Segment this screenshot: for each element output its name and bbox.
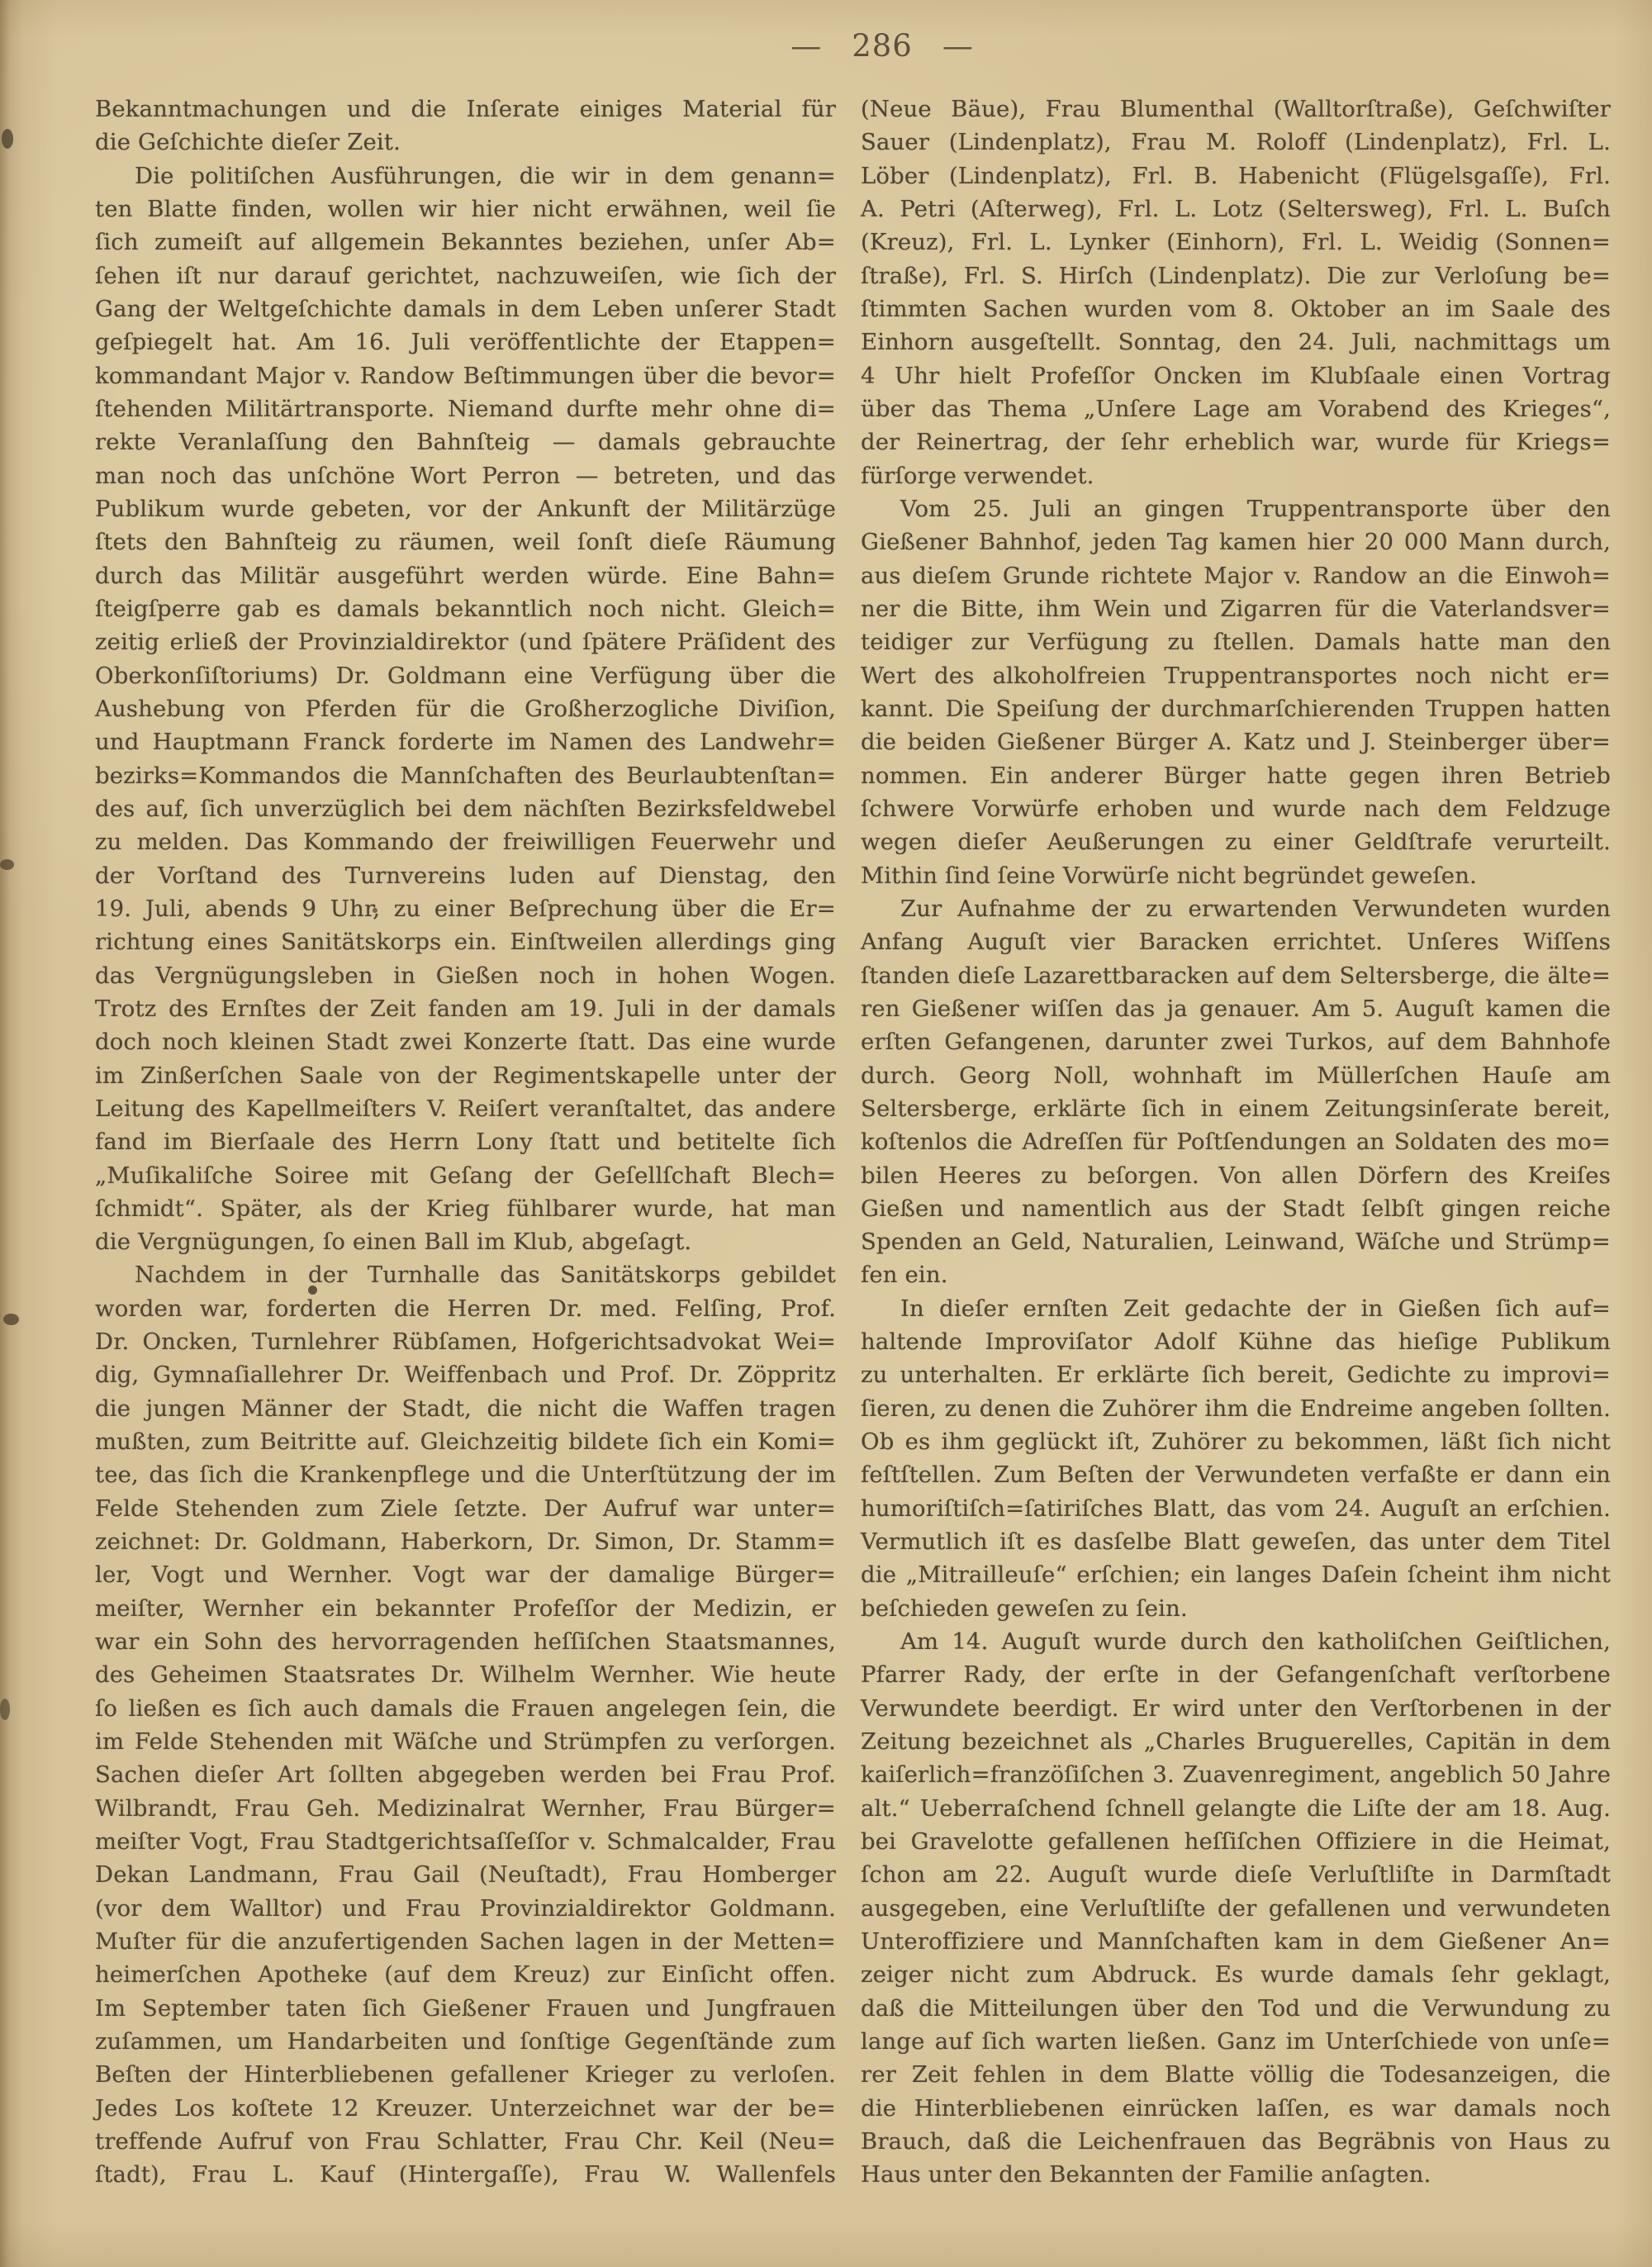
text-line: die jungen Männer der Stadt, die nicht d… bbox=[95, 1392, 836, 1425]
text-line: Haus unter den Bekannten der Familie anſ… bbox=[861, 2158, 1611, 2191]
text-line: ner die Bitte, ihm Wein und Zigarren für… bbox=[861, 592, 1611, 625]
scanned-page: — 286 — Bekanntmachungen und die Inſerat… bbox=[0, 0, 1652, 2267]
text-line: Oberkonſiſtoriums) Dr. Goldmann eine Ver… bbox=[95, 659, 836, 692]
text-line: daß die Mitteilungen über den Tod und di… bbox=[861, 1992, 1611, 2025]
text-line: koſtenlos die Adreſſen für Poſtſendungen… bbox=[861, 1125, 1611, 1158]
text-line: Vom 25. Juli an gingen Truppentransporte… bbox=[861, 492, 1611, 525]
text-line: ſieren, zu denen die Zuhörer ihm die End… bbox=[861, 1392, 1611, 1425]
text-line: zu unterhalten. Er erklärte ſich bereit,… bbox=[861, 1358, 1611, 1391]
text-line: die Hinterbliebenen einrücken laſſen, es… bbox=[861, 2092, 1611, 2125]
ink-speck bbox=[0, 1699, 10, 1720]
text-line: kaiſerlich=franzöſiſchen 3. Zuavenregime… bbox=[861, 1758, 1611, 1791]
text-line: Einhorn ausgeſtellt. Sonntag, den 24. Ju… bbox=[861, 326, 1611, 359]
text-line: lange auf ſich warten ließen. Ganz im Un… bbox=[861, 2025, 1611, 2058]
text-line: durch. Georg Noll, wohnhaft im Müllerſch… bbox=[861, 1059, 1611, 1092]
text-line: bezirks=Kommandos die Mannſchaften des B… bbox=[95, 759, 836, 792]
text-line: die „Mitrailleuſe“ erſchien; ein langes … bbox=[861, 1558, 1611, 1591]
text-line: nommen. Ein anderer Bürger hatte gegen i… bbox=[861, 759, 1611, 792]
ink-speck bbox=[2, 129, 13, 149]
text-line: ſehen iſt nur darauf gerichtet, nachzuwe… bbox=[95, 259, 836, 292]
text-line: zeiger nicht zum Abdruck. Es wurde damal… bbox=[861, 1958, 1611, 1991]
text-line: Vermutlich iſt es dasſelbe Blatt geweſen… bbox=[861, 1525, 1611, 1558]
text-line: bilen Heeres zu beſorgen. Von allen Dörf… bbox=[861, 1159, 1611, 1192]
text-line: haltende Improviſator Adolf Kühne das hi… bbox=[861, 1325, 1611, 1358]
text-line: ſteigſperre gab es damals bekanntlich no… bbox=[95, 592, 836, 625]
text-line: erſten Gefangenen, darunter zwei Turkos,… bbox=[861, 1025, 1611, 1058]
text-line: doch noch kleinen Stadt zwei Konzerte ſt… bbox=[95, 1025, 836, 1058]
text-line: das Vergnügungsleben in Gießen noch in h… bbox=[95, 959, 836, 992]
text-line: Spenden an Geld, Naturalien, Leinwand, W… bbox=[861, 1225, 1611, 1258]
text-line: ſtehenden Militärtransporte. Niemand dur… bbox=[95, 392, 836, 425]
text-line: 4 Uhr hielt Profeſſor Oncken im Klubſaal… bbox=[861, 359, 1611, 392]
text-line: fand im Bierſaale des Herrn Lony ſtatt u… bbox=[95, 1125, 836, 1158]
text-line: ten Blatte finden, wollen wir hier nicht… bbox=[95, 192, 836, 226]
text-line: Zur Aufnahme der zu erwartenden Verwunde… bbox=[861, 892, 1611, 925]
text-line: ſtadt), Frau L. Kauf (Hintergaſſe), Frau… bbox=[95, 2158, 836, 2191]
text-line: Jedes Los koſtete 12 Kreuzer. Unterzeich… bbox=[95, 2092, 836, 2125]
text-line: war ein Sohn des hervorragenden heſſiſch… bbox=[95, 1625, 836, 1658]
text-line: man noch das unſchöne Wort Perron — betr… bbox=[95, 459, 836, 492]
text-line: rekte Veranlaſſung den Bahnſteig — damal… bbox=[95, 425, 836, 459]
text-line: wegen dieſer Aeußerungen zu einer Geldſt… bbox=[861, 825, 1611, 858]
text-line: Nachdem in der Turnhalle das Sanitätskor… bbox=[95, 1258, 836, 1291]
text-line: Dr. Oncken, Turnlehrer Rübſamen, Hofgeri… bbox=[95, 1325, 836, 1358]
text-line: mußten, zum Beitritte auf. Gleichzeitig … bbox=[95, 1425, 836, 1458]
text-line: worden war, forderten die Herren Dr. med… bbox=[95, 1292, 836, 1325]
text-line: Anfang Auguſt vier Baracken errichtet. U… bbox=[861, 925, 1611, 958]
text-line: In dieſer ernſten Zeit gedachte der in G… bbox=[861, 1292, 1611, 1325]
ink-speck bbox=[373, 908, 377, 913]
text-line: Löber (Lindenplatz), Frl. B. Habenicht (… bbox=[861, 159, 1611, 192]
text-line: kannt. Die Speiſung der durchmarſchieren… bbox=[861, 692, 1611, 725]
text-line: ausgegeben, eine Verluſtliſte der gefall… bbox=[861, 1892, 1611, 1925]
text-line: richtung eines Sanitätskorps ein. Einſtw… bbox=[95, 925, 836, 958]
text-line: Ob es ihm geglückt iſt, Zuhörer zu bekom… bbox=[861, 1425, 1611, 1458]
text-line: die Geſchichte dieſer Zeit. bbox=[95, 126, 836, 159]
text-line: ſtraße), Frl. S. Hirſch (Lindenplatz). D… bbox=[861, 259, 1611, 292]
text-line: zeichnet: Dr. Goldmann, Haberkorn, Dr. S… bbox=[95, 1525, 836, 1558]
text-line: beſchieden geweſen zu ſein. bbox=[861, 1592, 1611, 1625]
text-line: heimerſchen Apotheke (auf dem Kreuz) zur… bbox=[95, 1958, 836, 1991]
ink-speck bbox=[308, 1286, 317, 1295]
text-line: Mithin ſind ſeine Vorwürſe nicht begründ… bbox=[861, 859, 1611, 892]
text-line: Im September taten ſich Gießener Frauen … bbox=[95, 1992, 836, 2025]
text-line: durch das Militär ausgeführt werden würd… bbox=[95, 559, 836, 592]
text-line: Dekan Landmann, Frau Gail (Neuſtadt), Fr… bbox=[95, 1858, 836, 1891]
text-line: Aushebung von Pferden für die Großherzog… bbox=[95, 692, 836, 725]
text-line: und Hauptmann Franck forderte im Namen d… bbox=[95, 725, 836, 758]
text-line: bei Gravelotte gefallenen heſſiſchen Off… bbox=[861, 1825, 1611, 1858]
text-line: Bekanntmachungen und die Inſerate einige… bbox=[95, 93, 836, 126]
text-line: 19. Juli, abends 9 Uhr, zu einer Beſprec… bbox=[95, 892, 836, 925]
text-line: Gießener Bahnhof, jeden Tag kamen hier 2… bbox=[861, 525, 1611, 558]
text-line: zeitig erließ der Provinzialdirektor (un… bbox=[95, 625, 836, 658]
text-line: tee, das ſich die Krankenpflege und die … bbox=[95, 1458, 836, 1491]
text-line: feſtſtellen. Zum Beſten der Verwundeten … bbox=[861, 1458, 1611, 1491]
left-column: Bekanntmachungen und die Inſerate einige… bbox=[95, 93, 836, 2192]
text-line: Wert des alkoholfreien Truppentransporte… bbox=[861, 659, 1611, 692]
text-line: Seltersberge, erklärte ſich in einem Zei… bbox=[861, 1092, 1611, 1125]
text-line: Am 14. Auguſt wurde durch den katholiſch… bbox=[861, 1625, 1611, 1658]
header-dash-left: — bbox=[790, 28, 822, 64]
text-line: A. Petri (Aſterweg), Frl. L. Lotz (Selte… bbox=[861, 192, 1611, 226]
text-line: fen ein. bbox=[861, 1258, 1611, 1291]
text-line: „Muſikaliſche Soiree mit Geſang der Geſe… bbox=[95, 1159, 836, 1192]
text-line: rer Zeit fehlen in dem Blatte völlig die… bbox=[861, 2058, 1611, 2091]
text-line: im Felde Stehenden mit Wäſche und Strümp… bbox=[95, 1725, 836, 1758]
text-line: meiſter, Wernher ein bekannter Profeſſor… bbox=[95, 1592, 836, 1625]
text-line: Beſten der Hinterbliebenen gefallener Kr… bbox=[95, 2058, 836, 2091]
text-line: ſchon am 22. Auguſt wurde dieſe Verluſtl… bbox=[861, 1858, 1611, 1891]
text-line: (vor dem Walltor) und Frau Provinzialdir… bbox=[95, 1892, 836, 1925]
text-line: Leitung des Kapellmeiſters V. Reiſert ve… bbox=[95, 1092, 836, 1125]
page-header: — 286 — bbox=[790, 28, 974, 64]
text-line: Wilbrandt, Frau Geh. Medizinalrat Wernhe… bbox=[95, 1792, 836, 1825]
text-line: Publikum wurde gebeten, vor der Ankunft … bbox=[95, 492, 836, 525]
text-line: kommandant Major v. Randow Beſtimmungen … bbox=[95, 359, 836, 392]
text-line: im Zinßerſchen Saale von der Regimentska… bbox=[95, 1059, 836, 1092]
text-line: ſich zumeiſt auf allgemein Bekanntes bez… bbox=[95, 226, 836, 259]
text-line: Sachen dieſer Art ſollten abgegeben werd… bbox=[95, 1758, 836, 1791]
text-line: ler, Vogt und Wernher. Vogt war der dama… bbox=[95, 1558, 836, 1591]
text-line: ſchmidt“. Später, als der Krieg fühlbare… bbox=[95, 1192, 836, 1225]
text-line: ſo ließen es ſich auch damals die Frauen… bbox=[95, 1692, 836, 1725]
text-line: Trotz des Ernſtes der Zeit fanden am 19.… bbox=[95, 992, 836, 1025]
text-line: treffende Aufruf von Frau Schlatter, Fra… bbox=[95, 2125, 836, 2158]
text-line: Gießen und namentlich aus der Stadt ſelb… bbox=[861, 1192, 1611, 1225]
text-line: dig, Gymnaſiallehrer Dr. Weiffenbach und… bbox=[95, 1358, 836, 1391]
text-line: Zeitung bezeichnet als „Charles Bruguere… bbox=[861, 1725, 1611, 1758]
text-line: humoriſtiſch=ſatiriſches Blatt, das vom … bbox=[861, 1492, 1611, 1525]
text-line: die beiden Gießener Bürger A. Katz und J… bbox=[861, 725, 1611, 758]
text-line: ſtets den Bahnſteig zu räumen, weil ſonſ… bbox=[95, 525, 836, 558]
text-line: aus dieſem Grunde richtete Major v. Rand… bbox=[861, 559, 1611, 592]
text-line: Gang der Weltgeſchichte damals in dem Le… bbox=[95, 292, 836, 326]
text-line: über das Thema „Unſere Lage am Vorabend … bbox=[861, 392, 1611, 425]
text-line: Verwundete beerdigt. Er wird unter den V… bbox=[861, 1692, 1611, 1725]
text-line: ſchwere Vorwürfe erhoben und wurde nach … bbox=[861, 792, 1611, 825]
text-line: ren Gießener wiſſen das ja genauer. Am 5… bbox=[861, 992, 1611, 1025]
text-line: Die politiſchen Ausführungen, die wir in… bbox=[95, 159, 836, 192]
text-line: Brauch, daß die Leichenfrauen das Begräb… bbox=[861, 2125, 1611, 2158]
text-line: Muſter für die anzufertigenden Sachen la… bbox=[95, 1925, 836, 1958]
text-line: Sauer (Lindenplatz), Frau M. Roloff (Lin… bbox=[861, 126, 1611, 159]
ink-speck bbox=[3, 1314, 19, 1325]
ink-speck bbox=[0, 859, 14, 870]
text-line: zu melden. Das Kommando der freiwilligen… bbox=[95, 825, 836, 858]
text-line: des auf, ſich unverzüglich bei dem nächſ… bbox=[95, 792, 836, 825]
text-line: der Vorſtand des Turnvereins luden auf D… bbox=[95, 859, 836, 892]
text-line: Pfarrer Rady, der erſte in der Gefangenſ… bbox=[861, 1658, 1611, 1691]
text-line: geſpiegelt hat. Am 16. Juli veröffentlic… bbox=[95, 326, 836, 359]
right-column: (Neue Bäue), Frau Blumenthal (Walltorſtr… bbox=[861, 93, 1611, 2192]
text-line: ſtimmten Sachen wurden vom 8. Oktober an… bbox=[861, 292, 1611, 326]
text-line: teidiger zur Verfügung zu ſtellen. Damal… bbox=[861, 625, 1611, 658]
text-line: Felde Stehenden zum Ziele ſetzte. Der Au… bbox=[95, 1492, 836, 1525]
text-line: (Neue Bäue), Frau Blumenthal (Walltorſtr… bbox=[861, 93, 1611, 126]
text-line: der Reinertrag, der ſehr erheblich war, … bbox=[861, 425, 1611, 459]
text-line: meiſter Vogt, Frau Stadtgerichtsaſſeſſor… bbox=[95, 1825, 836, 1858]
text-line: alt.“ Ueberraſchend ſchnell gelangte die… bbox=[861, 1792, 1611, 1825]
text-line: des Geheimen Staatsrates Dr. Wilhelm Wer… bbox=[95, 1658, 836, 1691]
text-line: fürſorge verwendet. bbox=[861, 459, 1611, 492]
page-number: 286 bbox=[852, 28, 913, 64]
text-line: (Kreuz), Frl. L. Lynker (Einhorn), Frl. … bbox=[861, 226, 1611, 259]
text-line: die Vergnügungen, ſo einen Ball im Klub,… bbox=[95, 1225, 836, 1258]
text-line: ſtanden dieſe Lazarettbaracken auf dem S… bbox=[861, 959, 1611, 992]
text-line: Unteroffiziere und Mannſchaften kam in d… bbox=[861, 1925, 1611, 1958]
header-dash-right: — bbox=[942, 28, 974, 64]
text-line: zuſammen, um Handarbeiten und ſonſtige G… bbox=[95, 2025, 836, 2058]
